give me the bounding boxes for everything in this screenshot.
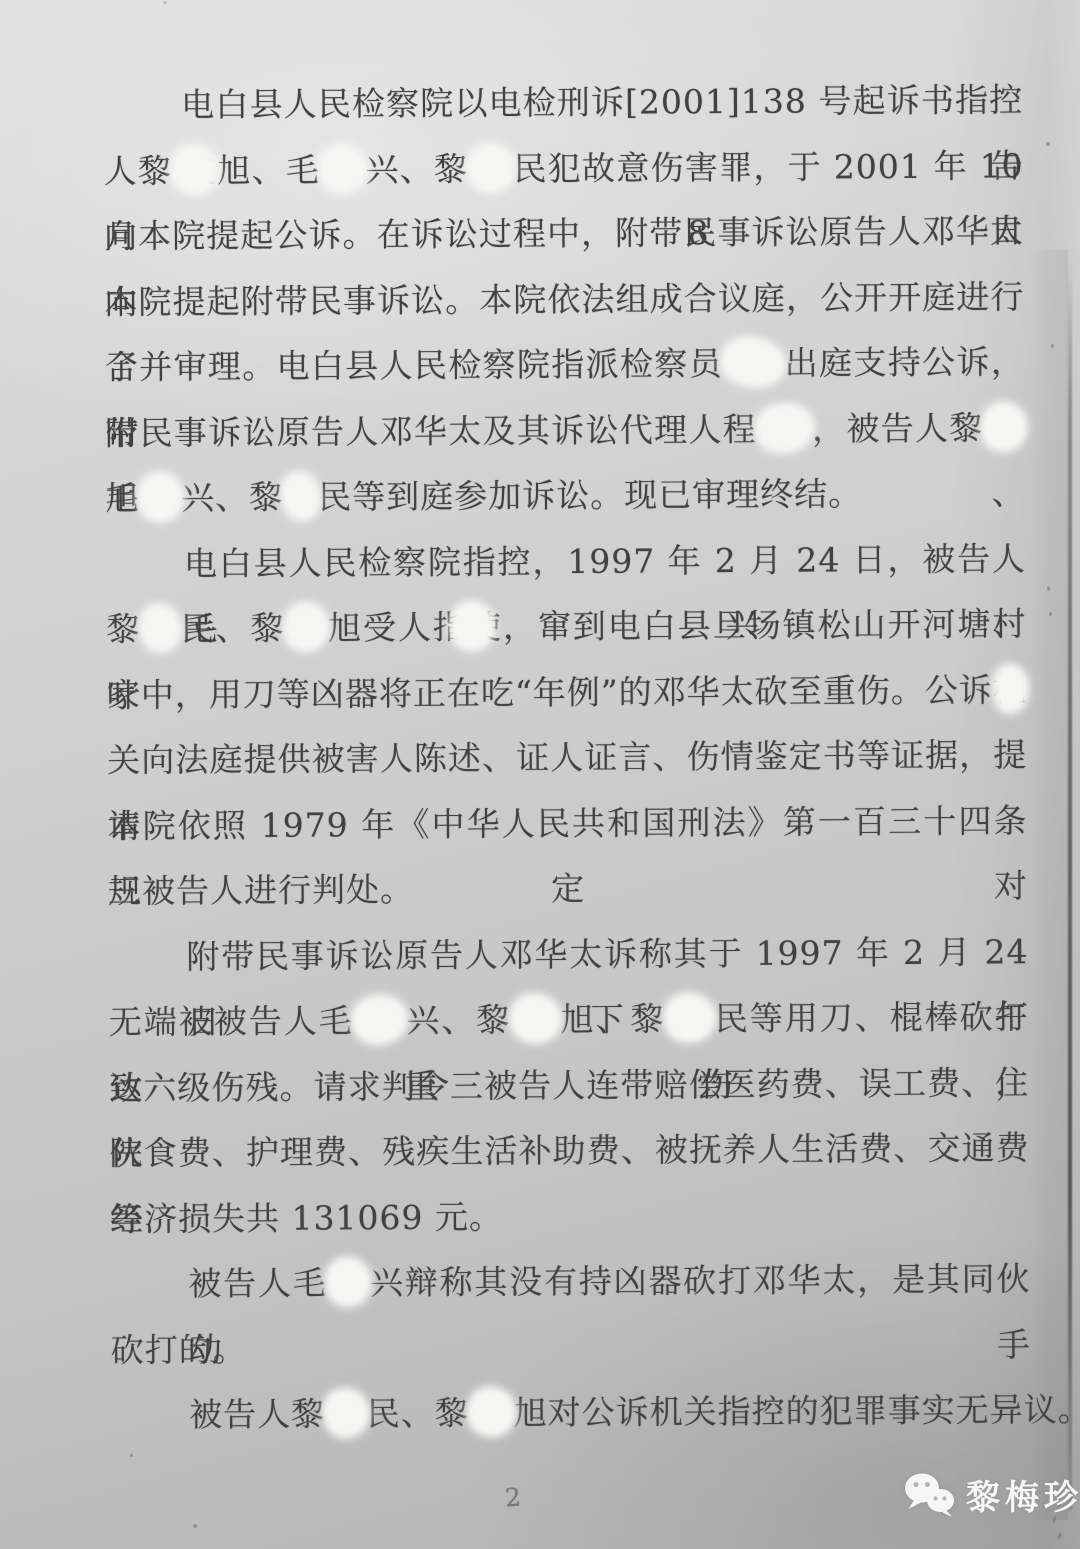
scanned-court-document-page: 电白县人民检察院以电检刑诉[2001]138 号起诉书指控被告人黎旭、毛兴、黎民… <box>0 0 1080 1549</box>
text-run: 无端被被告人毛 <box>109 1001 354 1041</box>
text-run: 旭、黎 <box>559 999 665 1039</box>
redaction-mark <box>982 402 1028 450</box>
redaction-mark <box>666 996 712 1039</box>
wechat-watermark: 黎梅珍 <box>903 1470 1080 1519</box>
paper-speck <box>163 1 167 4</box>
page-number: 2 <box>504 1482 522 1512</box>
page-edge-line <box>1068 260 1072 1510</box>
paper-speck <box>193 1524 197 1528</box>
document-line: 合并审理。电白县人民检察院指派检察员出庭支持公诉，附 <box>105 329 1025 400</box>
document-line: 关向法庭提供被害人陈述、证人证言、伤情鉴定书等证据，提请 <box>107 722 1027 793</box>
text-run: 旭、毛 <box>217 150 320 190</box>
text-run: 兴、黎 <box>365 149 468 189</box>
document-line: 无端被被告人毛兴、黎旭、黎民等用刀、棍棒砍打致重伤， <box>109 984 1029 1055</box>
redaction-mark <box>467 1388 516 1437</box>
document-line: 附带民事诉讼原告人邓华太诉称其于 1997 年 2 月 24 日下午 <box>108 919 1028 990</box>
document-body: 电白县人民检察院以电检刑诉[2001]138 号起诉书指控被告人黎旭、毛兴、黎民… <box>103 67 1031 1448</box>
document-line: 家中，用刀等凶器将正在吃“年例”的邓华太砍至重伤。公诉机 <box>107 657 1027 728</box>
text-run: 兴、黎 <box>405 1000 511 1040</box>
text-run: 家中，用刀等凶器将正在吃“年例”的邓华太砍至重伤。公诉机 <box>107 670 1027 715</box>
watermark-name: 黎梅珍 <box>966 1470 1080 1519</box>
text-run: 被告人黎 <box>189 1394 325 1434</box>
redaction-mark <box>466 143 515 192</box>
text-run: 被告人毛 <box>188 1263 327 1303</box>
page-edge-shadow <box>1030 250 1068 1520</box>
document-line: 人黎旭、毛兴、黎民犯故意伤害罪，于 2001 年 10 月 8 日 <box>103 133 1023 204</box>
document-line: 电白县人民检察院以电检刑诉[2001]138 号起诉书指控被告 <box>103 67 1023 138</box>
paper-speck <box>130 1454 133 1457</box>
text-run: 毛 <box>105 479 139 518</box>
document-line: 经济损失共 131069 元。 <box>110 1181 1030 1252</box>
paper-speck <box>1047 586 1050 591</box>
text-run: 砍打的。 <box>111 1329 247 1369</box>
document-line: 向本院提起公诉。在诉讼过程中，附带民事诉讼原告人邓华太向 <box>104 198 1024 269</box>
text-run: 经济损失共 131069 元。 <box>110 1197 503 1238</box>
redaction-mark <box>140 476 180 519</box>
redaction-mark <box>139 604 182 652</box>
redaction-mark <box>281 473 321 521</box>
text-run: 兴、黎 <box>181 478 283 518</box>
redaction-mark <box>170 145 219 194</box>
document-line: 黎民、黎旭受人指使，窜到电白县旦场镇松山开河塘村叶 <box>106 591 1026 662</box>
redaction-mark <box>509 994 561 1043</box>
document-line: 被告人毛兴辩称其没有持凶器砍打邓华太，是其同伙动手 <box>110 1246 1030 1317</box>
document-line: 电白县人民检察院指控，1997 年 2 月 24 日，被告人毛兴、 <box>106 526 1026 597</box>
paper-speck <box>1049 612 1052 616</box>
redaction-mark <box>721 337 786 388</box>
text-run: 旭对公诉机关指控的犯罪事实无异议。 <box>514 1390 1080 1433</box>
text-run: 民、黎 <box>367 1394 469 1434</box>
document-line: 被告人黎民、黎旭对公诉机关指控的犯罪事实无异议。 <box>111 1377 1031 1448</box>
paper-speck <box>1046 142 1050 146</box>
document-line: 伙食费、护理费、残疾生活补助费、被抚养人生活费、交通费等 <box>109 1115 1029 1186</box>
redaction-mark <box>321 147 364 190</box>
document-line: 本院提起附带民事诉讼。本院依法组成合议庭，公开开庭进行了 <box>104 264 1024 335</box>
text-run: 人黎 <box>103 151 172 190</box>
text-run: 合并审理。电白县人民检察院指派检察员 <box>105 344 723 387</box>
paper-speck <box>1051 344 1054 348</box>
redaction-mark <box>323 1389 369 1438</box>
redaction-mark <box>996 667 1026 710</box>
document-line: 达六级伤残。请求判令三被告人连带赔偿医药费、误工费、住院 <box>109 1050 1029 1121</box>
text-run: 民等到庭参加诉讼。现已审理终结。 <box>318 474 862 516</box>
document-line: 带民事诉讼原告人邓华太及其诉讼代理人程，被告人黎旭、 <box>105 395 1025 466</box>
redaction-mark <box>328 1261 368 1304</box>
redaction-mark <box>352 995 408 1045</box>
redaction-mark <box>755 402 814 453</box>
document-line: 本院依照 1979 年《中华人民共和国刑法》第一百三十四条规定对 <box>107 788 1027 859</box>
paper-speck <box>1057 1532 1062 1541</box>
wechat-icon <box>903 1472 957 1518</box>
redaction-mark <box>284 603 330 651</box>
text-run: 三被告人进行判处。 <box>108 870 414 911</box>
text-run: ，被告人黎 <box>812 408 984 448</box>
text-run: 带民事诉讼原告人邓华太及其诉讼代理人程 <box>105 409 757 452</box>
text-run: 民、黎 <box>180 609 286 649</box>
text-run: 黎 <box>106 610 141 649</box>
